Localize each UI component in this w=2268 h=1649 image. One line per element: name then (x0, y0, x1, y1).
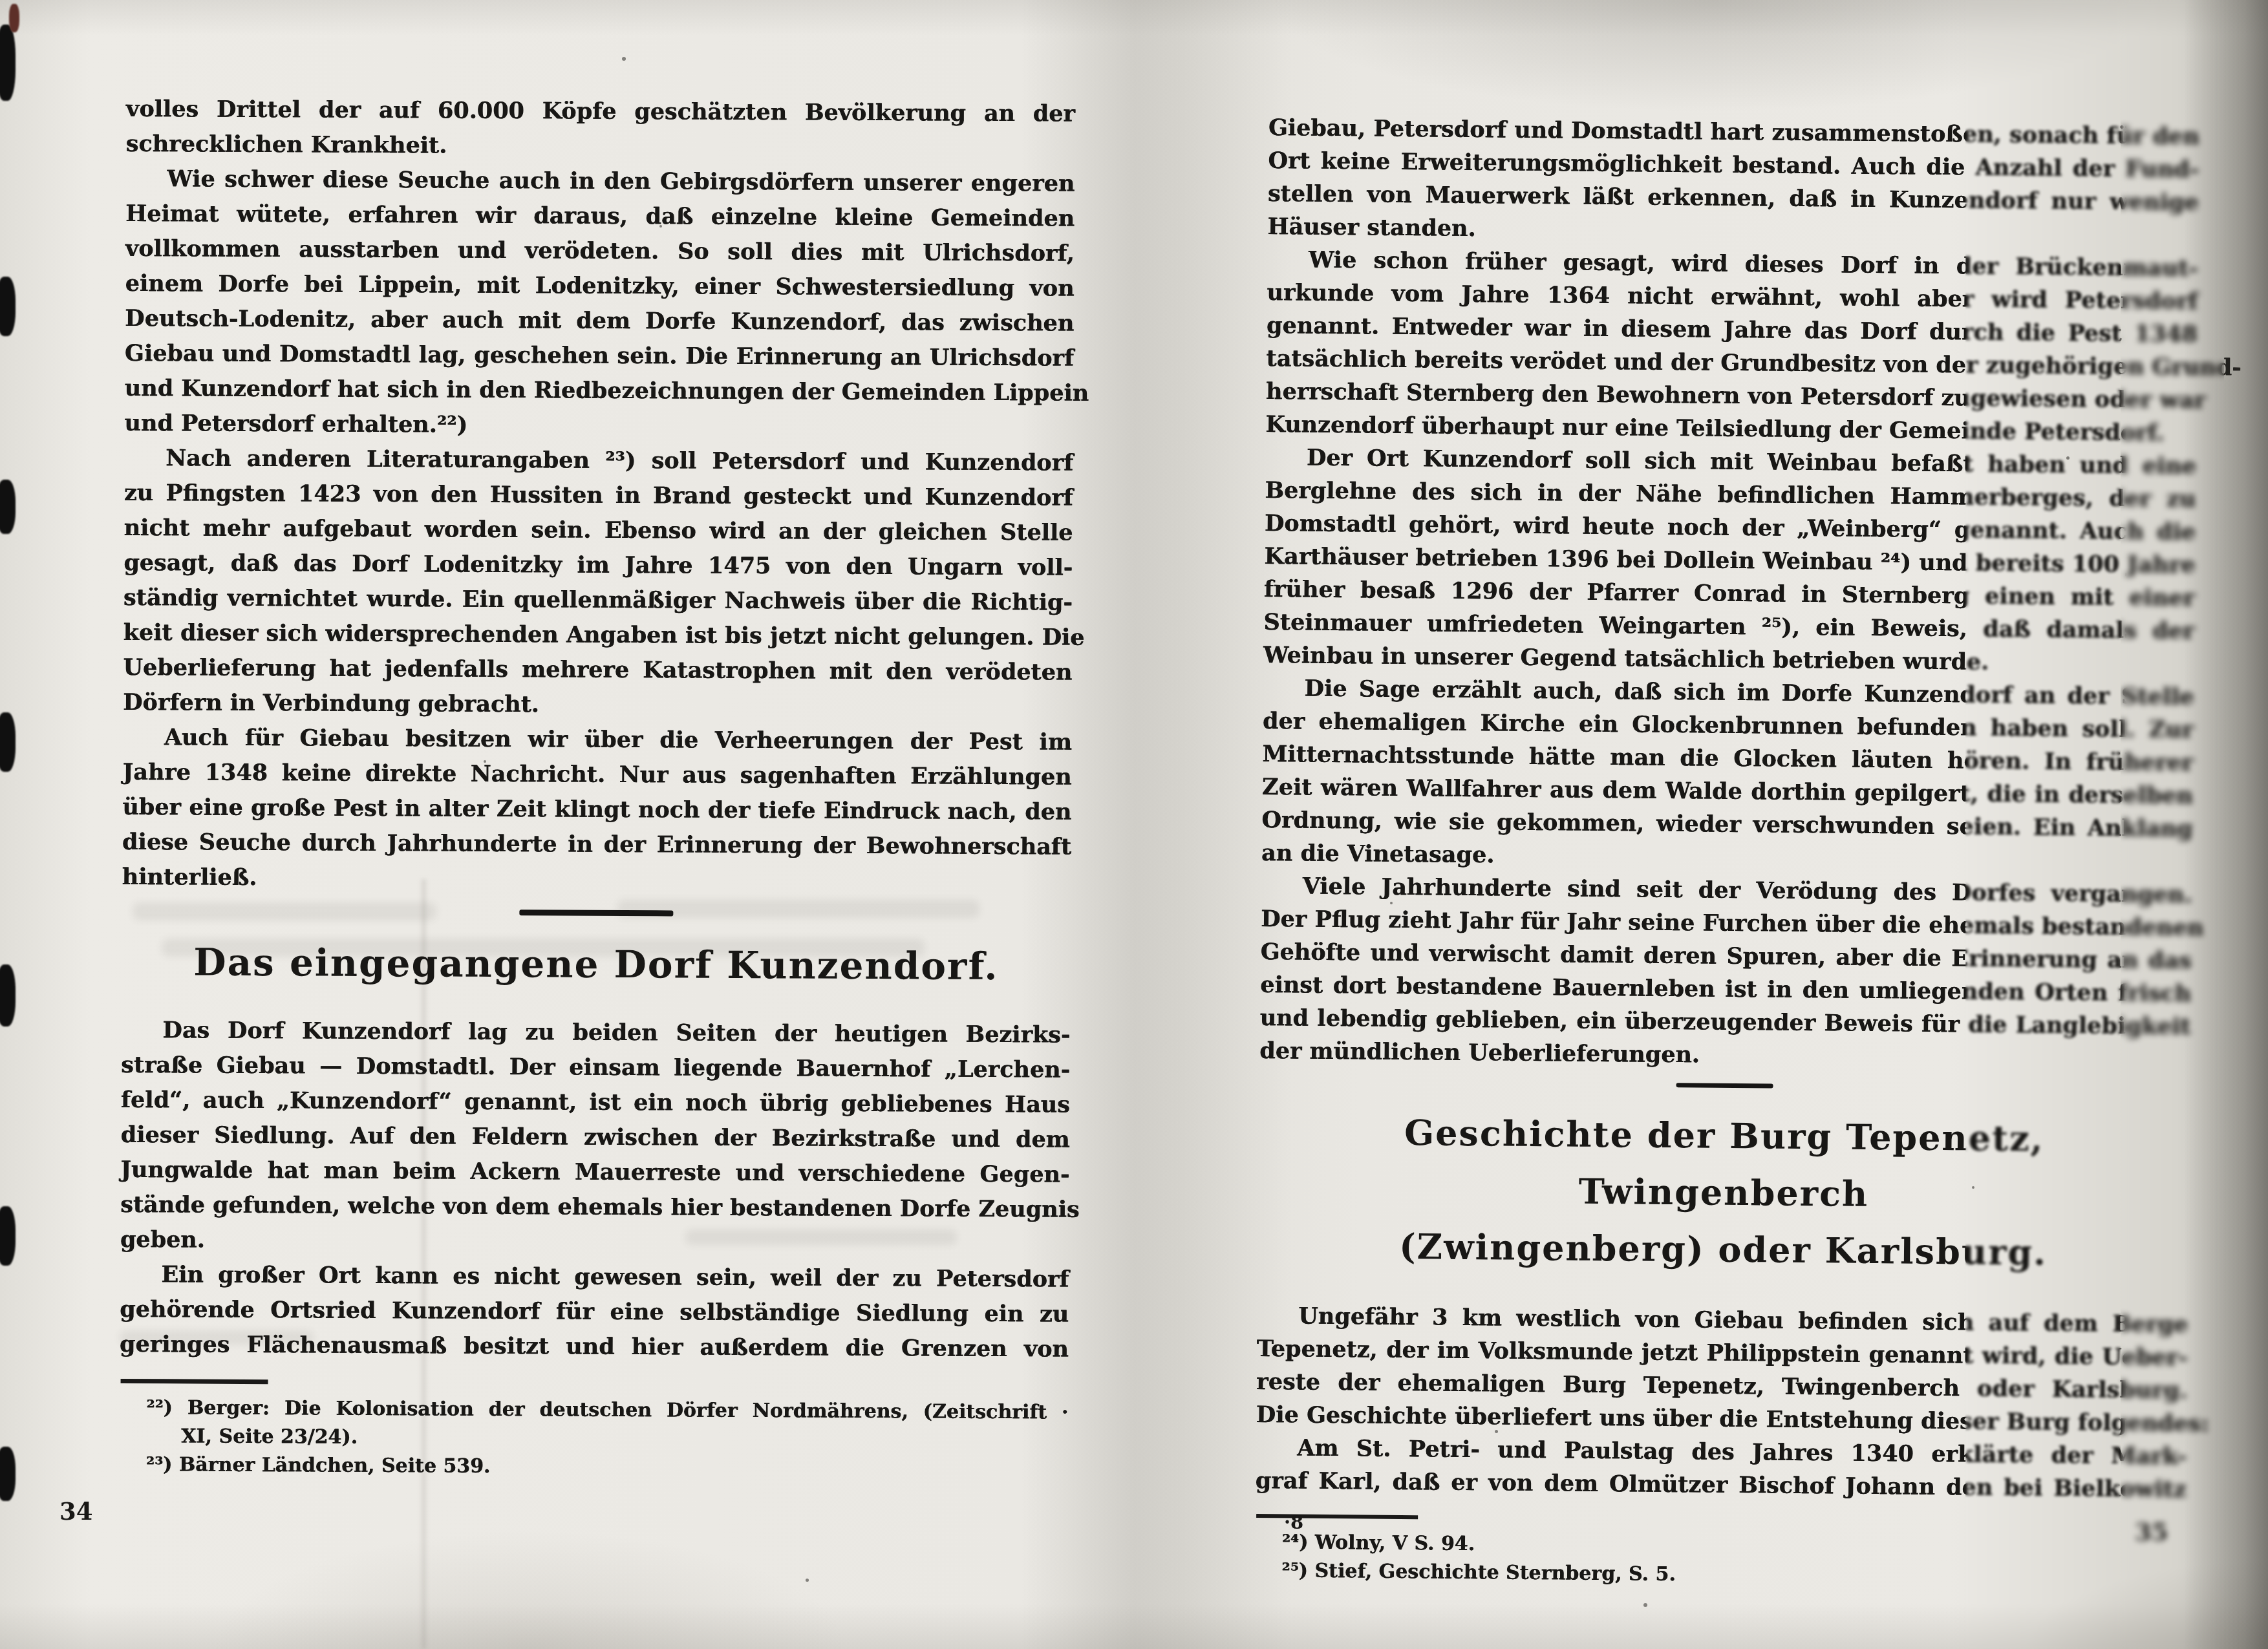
text-line: und Petersdorf erhalten.²²) (124, 406, 1073, 446)
text-line: nicht mehr aufgebaut worden sein. Ebenso… (123, 511, 1073, 551)
text-line: ²²) Berger: Die Kolonisation der deutsch… (119, 1394, 1068, 1427)
text-line: Heimat wütete, erfahren wir daraus, daß … (125, 197, 1075, 237)
scan-edge-mark (0, 712, 16, 772)
scan-edge-mark-red (9, 4, 19, 32)
text-line: Deutsch-Lodenitz, aber auch mit dem Dorf… (125, 301, 1074, 341)
text-line: diese Seuche durch Jahrhunderte in der E… (122, 825, 1071, 865)
paragraph: Auch für Giebau besitzen wir über die Ve… (122, 720, 1071, 900)
paragraph: Nach anderen Literaturangaben ²³) soll P… (123, 441, 1073, 725)
heading-line: Das eingegangene Dorf Kunzendorf. (122, 937, 1071, 992)
text-line: dieser Siedlung. Auf den Feldern zwische… (120, 1118, 1069, 1158)
signature-mark: ·8 (1284, 1511, 1303, 1533)
section-heading: Das eingegangene Dorf Kunzendorf. (122, 937, 1071, 992)
text-line: zu Pfingsten 1423 von den Hussiten in Br… (124, 476, 1073, 516)
text-line: einem Dorfe bei Lippein, mit Lodenitzky,… (125, 266, 1074, 306)
text-line: vollkommen ausstarben und verödeten. So … (125, 231, 1075, 271)
text-line: Ueberlieferung hat jedenfalls mehrere Ka… (123, 650, 1072, 690)
text-line: Wie schwer diese Seuche auch in den Gebi… (125, 162, 1075, 202)
footnote-rule (1256, 1514, 1418, 1519)
text-line: Auch für Giebau besitzen wir über die Ve… (123, 720, 1072, 760)
paragraph: volles Drittel der auf 60.000 Köpfe gesc… (125, 92, 1075, 167)
text-line: volles Drittel der auf 60.000 Köpfe gesc… (126, 92, 1075, 132)
text-line: und Kunzendorf hat sich in den Riedbezei… (124, 371, 1073, 411)
text-line: gehörende Ortsried Kunzendorf für eine s… (120, 1292, 1069, 1332)
page-edge-shadow (2184, 0, 2268, 1649)
scan-blur-region (1965, 0, 2121, 1649)
text-line: Das Dorf Kunzendorf lag zu beiden Seiten… (121, 1013, 1070, 1053)
footnote: ²²) Berger: Die Kolonisation der deutsch… (119, 1394, 1068, 1456)
text-line: Jahre 1348 keine direkte Nachricht. Nur … (122, 755, 1071, 795)
footnote-rule (121, 1379, 268, 1384)
text-line: ständig vernichtet wurde. Ein quellenmäß… (123, 580, 1073, 621)
dust-speck (622, 57, 626, 61)
text-line: Dörfern in Verbindung gebracht. (123, 685, 1072, 725)
scan-edge-mark (0, 25, 16, 101)
text-line: keit dieser sich widersprechenden Angabe… (123, 615, 1072, 655)
footnote: ²³) Bärner Ländchen, Seite 539. (119, 1451, 1068, 1484)
dust-speck (484, 760, 486, 763)
scan-edge-mark (0, 277, 16, 336)
separator-rule (122, 908, 1071, 919)
text-line: gesagt, daß das Dorf Lodenitzky im Jahre… (123, 546, 1073, 586)
paragraph: Wie schwer diese Seuche auch in den Gebi… (124, 162, 1075, 446)
scan-edge-mark (0, 1206, 16, 1266)
text-line: stände gefunden, welche von dem ehemals … (120, 1187, 1069, 1228)
dust-speck (1390, 902, 1393, 904)
text-line: straße Giebau — Domstadtl. Der einsam li… (121, 1048, 1070, 1088)
scan-edge-mark (0, 1447, 16, 1501)
text-line: Ein großer Ort kann es nicht gewesen sei… (120, 1257, 1069, 1297)
text-line: geringes Flächenausmaß besitzt und hier … (120, 1327, 1069, 1367)
text-line: schrecklichen Krankheit. (125, 127, 1075, 167)
scan-edge-mark (0, 964, 16, 1027)
text-line: ²³) Bärner Ländchen, Seite 539. (119, 1451, 1068, 1484)
text-line: Nach anderen Literaturangaben ²³) soll P… (124, 441, 1073, 481)
dust-speck (1972, 1186, 1974, 1189)
scan-edge-mark (0, 480, 16, 534)
page-number-left: 34 (59, 1497, 93, 1526)
text-line: geben. (120, 1222, 1069, 1262)
dust-speck (659, 225, 662, 228)
dust-speck (806, 1579, 809, 1582)
paragraph: Das Dorf Kunzendorf lag zu beiden Seiten… (120, 1013, 1071, 1262)
scanned-book-spread: volles Drittel der auf 60.000 Köpfe gesc… (0, 0, 2268, 1649)
paragraph: Ein großer Ort kann es nicht gewesen sei… (120, 1257, 1069, 1367)
text-line: feld“, auch „Kunzendorf“ genannt, ist ei… (121, 1083, 1070, 1123)
dust-speck (1495, 1430, 1498, 1433)
dust-speck (939, 781, 942, 784)
dust-speck (2066, 456, 2070, 460)
text-line: hinterließ. (122, 860, 1071, 900)
text-line: über eine große Pest in alter Zeit kling… (122, 790, 1071, 830)
text-line: XI, Seite 23/24). (119, 1422, 1068, 1456)
dust-speck (1643, 1603, 1647, 1607)
text-line: Jungwalde hat man beim Ackern Mauerreste… (120, 1153, 1069, 1193)
text-line: Giebau und Domstadtl lag, geschehen sein… (125, 336, 1074, 376)
left-page-text-block: volles Drittel der auf 60.000 Köpfe gesc… (119, 92, 1075, 1484)
